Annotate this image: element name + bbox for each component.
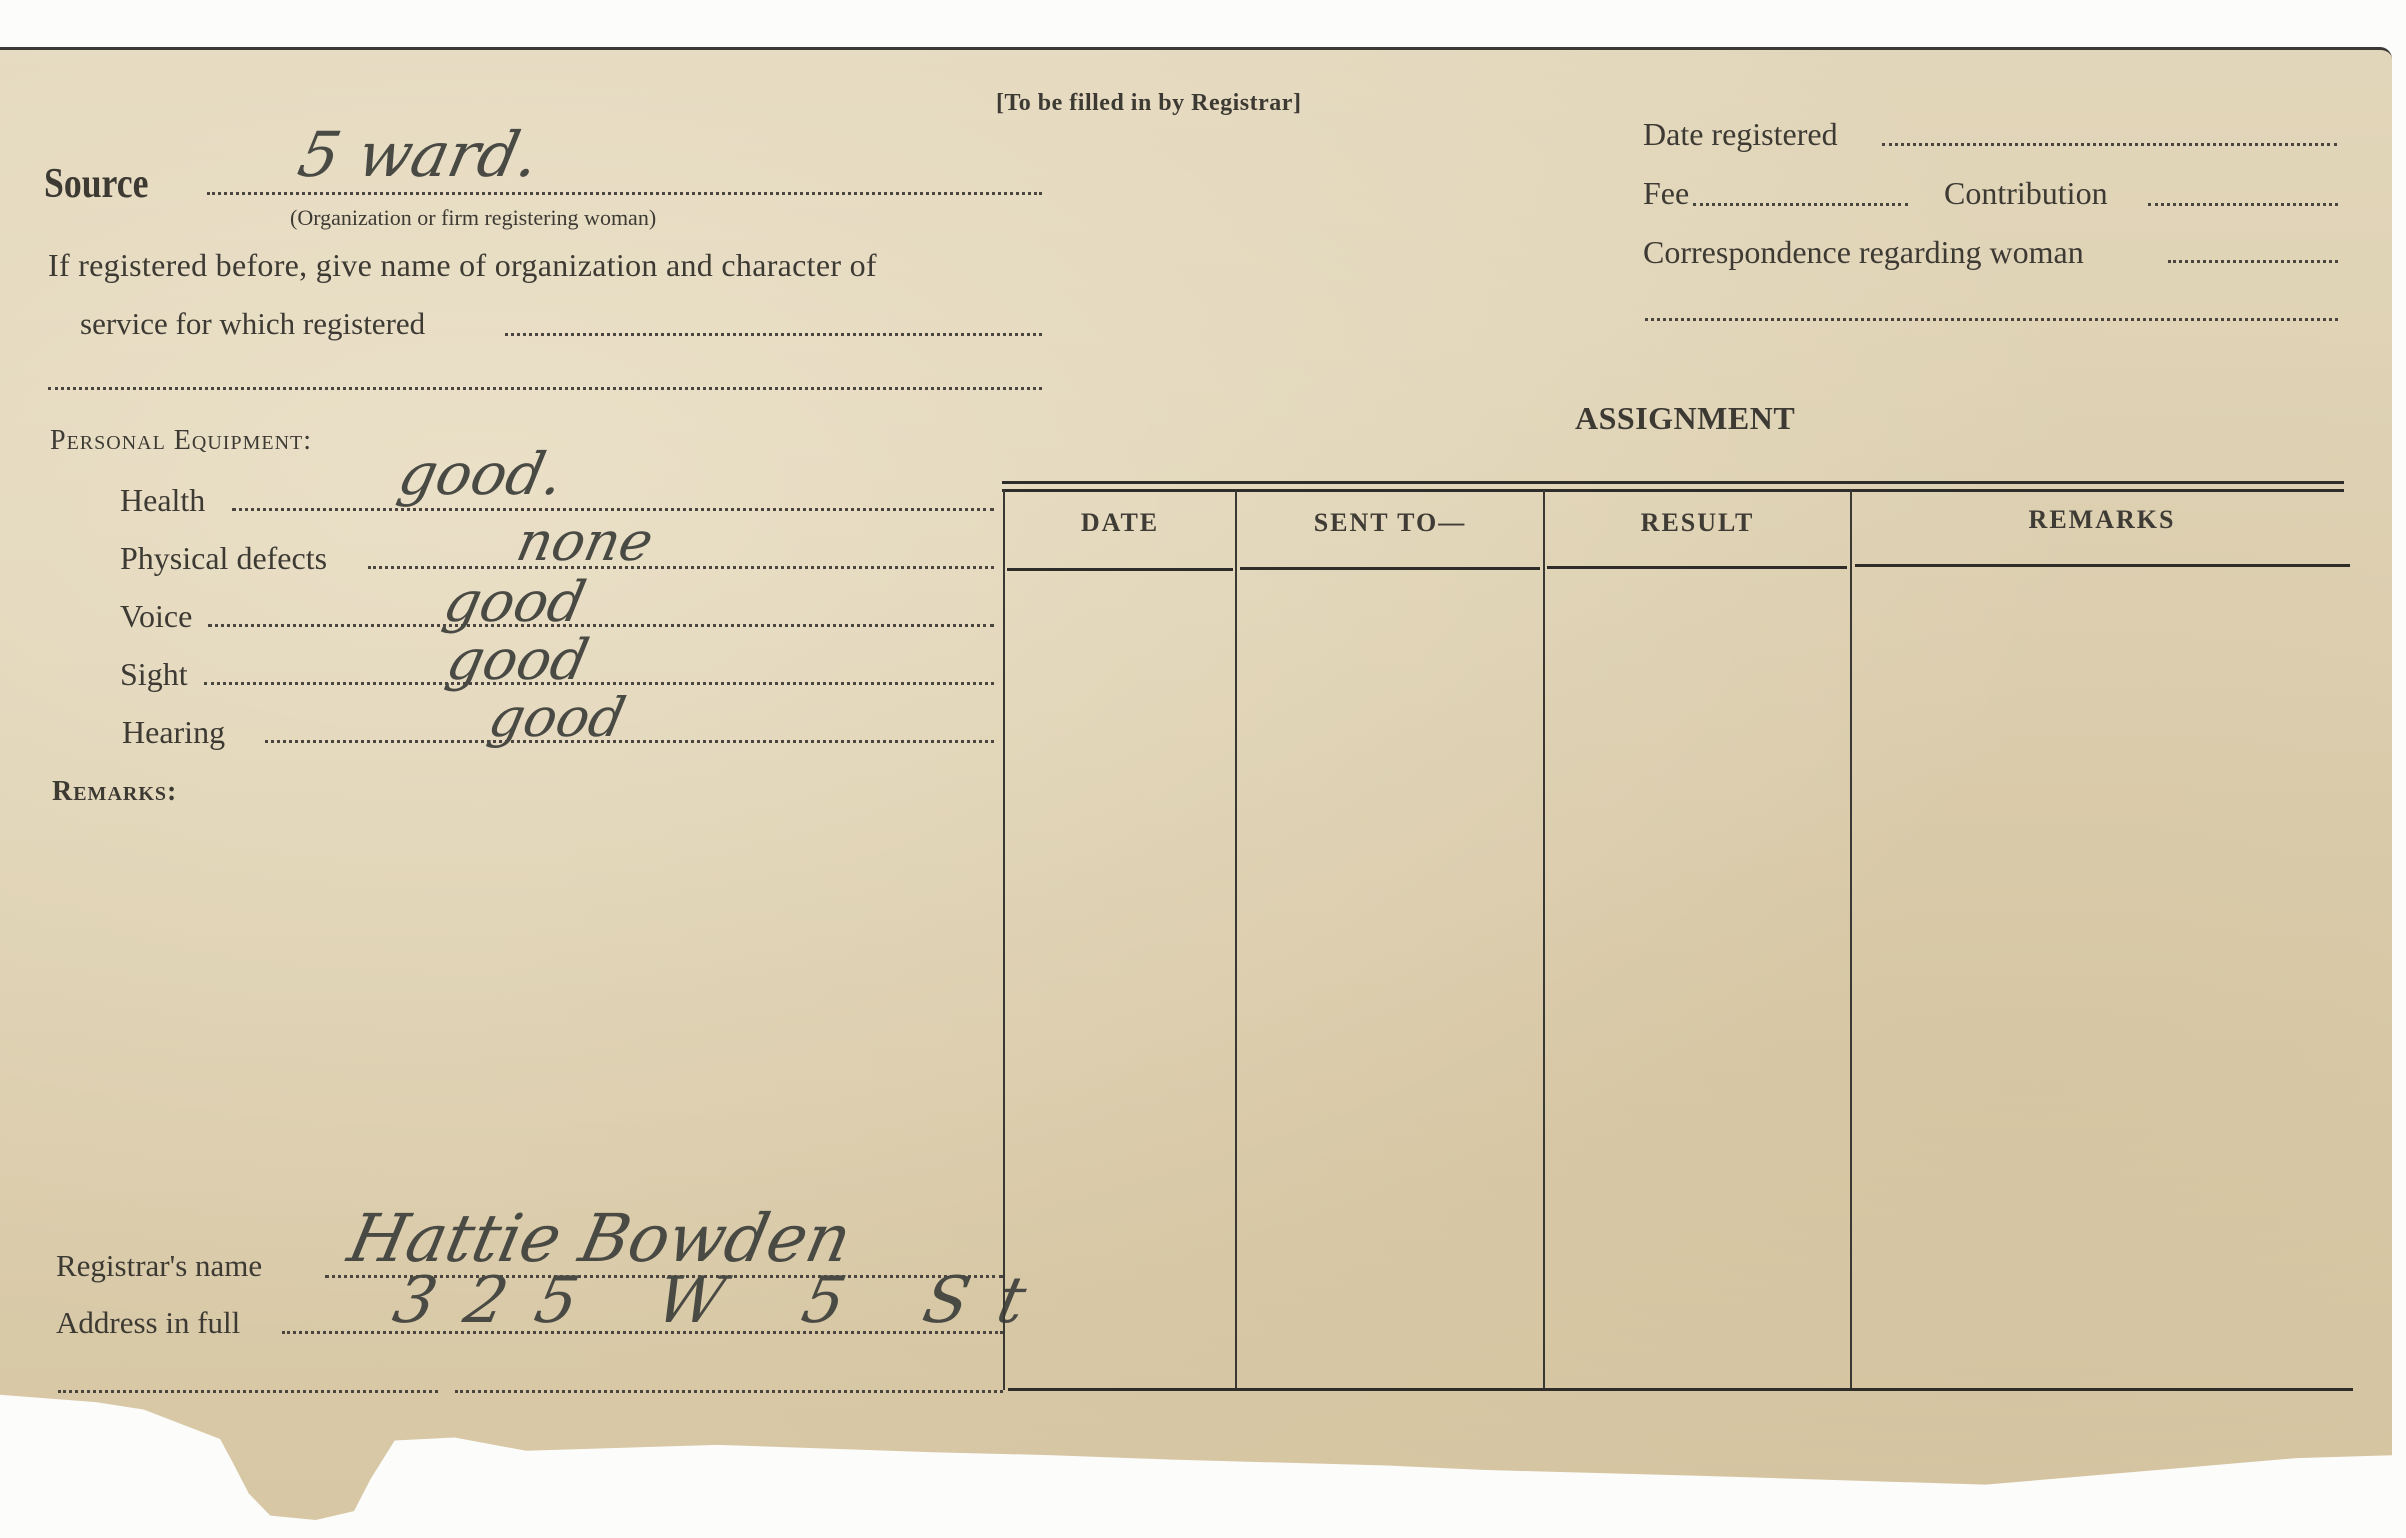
table-bottom-rule: [1008, 1388, 2353, 1391]
table-top-rule-1: [1002, 481, 2344, 484]
source-caption: (Organization or firm registering woman): [290, 205, 656, 231]
service-registered-line-2[interactable]: [48, 387, 1042, 390]
date-registered-field[interactable]: [1882, 143, 2337, 146]
fee-label: Fee: [1643, 175, 1689, 212]
sight-label: Sight: [120, 656, 188, 693]
source-value: 5 ward.: [292, 118, 546, 191]
column-header-sent-to: SENT TO—: [1237, 508, 1543, 538]
sight-field[interactable]: [204, 682, 994, 685]
physical-defects-label: Physical defects: [120, 540, 327, 577]
hearing-field[interactable]: [265, 740, 994, 743]
correspondence-field-2[interactable]: [1645, 318, 2338, 321]
contribution-field[interactable]: [2148, 203, 2338, 206]
registrar-note: [To be filled in by Registrar]: [996, 90, 1301, 117]
address-label: Address in full: [56, 1305, 240, 1341]
contribution-label: Contribution: [1944, 175, 2108, 212]
header-underline-remarks: [1855, 564, 2350, 567]
hearing-value: good: [483, 686, 631, 749]
voice-label: Voice: [120, 598, 192, 635]
physical-defects-value: none: [511, 510, 658, 573]
health-value: good.: [393, 440, 570, 508]
sight-value: good: [441, 628, 594, 693]
source-line[interactable]: [207, 192, 1042, 195]
previous-registration-prompt: If registered before, give name of organ…: [48, 247, 877, 284]
sent-to-column-cells[interactable]: [1237, 572, 1543, 1388]
address-value: 325 W 5 St: [387, 1264, 1062, 1338]
remarks-area[interactable]: [50, 820, 995, 1220]
voice-value: good: [438, 570, 591, 635]
column-header-date: DATE: [1005, 508, 1235, 538]
hearing-label: Hearing: [122, 714, 225, 751]
header-underline-sent-to: [1240, 567, 1540, 570]
correspondence-field[interactable]: [2168, 260, 2338, 263]
address-field-2b[interactable]: [455, 1390, 1003, 1393]
source-label: Source: [44, 160, 148, 208]
correspondence-label: Correspondence regarding woman: [1643, 234, 2084, 271]
date-registered-label: Date registered: [1643, 116, 1838, 153]
column-header-result: RESULT: [1545, 508, 1850, 538]
voice-field[interactable]: [208, 624, 994, 627]
service-registered-label: service for which registered: [80, 306, 425, 342]
physical-defects-field[interactable]: [368, 566, 994, 569]
personal-equipment-heading: Personal Equipment:: [50, 425, 312, 457]
result-column-cells[interactable]: [1545, 572, 1850, 1388]
health-label: Health: [120, 482, 205, 519]
assignment-title: ASSIGNMENT: [1575, 400, 1795, 437]
header-underline-result: [1547, 566, 1847, 569]
remarks-column-cells[interactable]: [1852, 572, 2347, 1388]
date-column-cells[interactable]: [1005, 572, 1235, 1388]
registrar-name-label: Registrar's name: [56, 1248, 262, 1284]
table-top-rule-2: [1002, 489, 2344, 492]
service-registered-line[interactable]: [505, 333, 1042, 336]
remarks-heading: Remarks:: [52, 776, 177, 808]
column-header-remarks: REMARKS: [1852, 505, 2352, 535]
header-underline-date: [1007, 568, 1233, 571]
fee-field[interactable]: [1693, 203, 1908, 206]
address-field-2a[interactable]: [58, 1390, 438, 1393]
